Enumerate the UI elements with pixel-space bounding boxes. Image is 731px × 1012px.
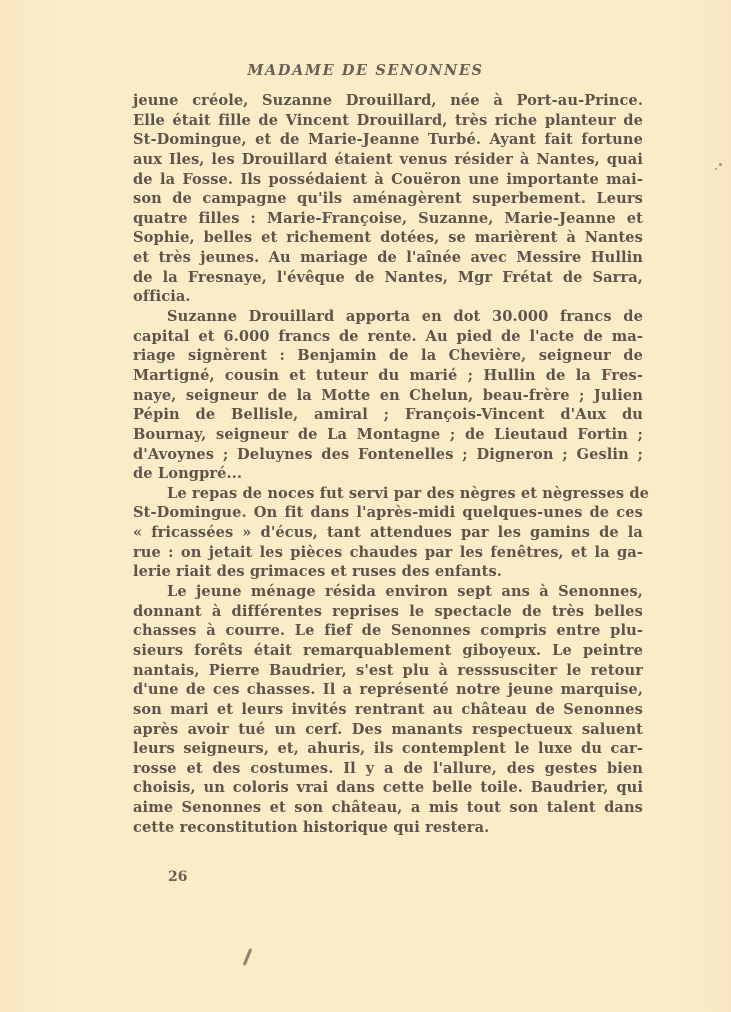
line-text: nantais, Pierre Baudrier, s'est plu à re… — [133, 661, 643, 681]
text-line: Pépin de Bellisle, amiral ; François-Vin… — [133, 405, 643, 425]
text-line: de la Fresnaye, l'évêque de Nantes, Mgr … — [133, 268, 643, 288]
text-line: choisis, un coloris vrai dans cette bell… — [133, 778, 643, 798]
text-line: après avoir tué un cerf. Des manants res… — [133, 720, 643, 740]
pencil-mark — [243, 948, 253, 966]
line-text: chasses à courre. Le fief de Senonnes co… — [133, 621, 643, 641]
line-text: leurs seigneurs, et, ahuris, ils contemp… — [133, 739, 643, 759]
line-text: de la Fresnaye, l'évêque de Nantes, Mgr … — [133, 268, 643, 288]
line-text: quatre filles : Marie-Françoise, Suzanne… — [133, 209, 643, 229]
line-text: St-Domingue. On fit dans l'après-midi qu… — [133, 503, 643, 523]
paragraph-first-line: Le jeune ménage résida environ sept ans … — [133, 582, 643, 602]
text-line: son mari et leurs invités rentrant au ch… — [133, 700, 643, 720]
text-line: capital et 6.000 francs de rente. Au pie… — [133, 327, 643, 347]
text-line: St-Domingue, et de Marie-Jeanne Turbé. A… — [133, 130, 643, 150]
line-text: Bournay, seigneur de La Montagne ; de Li… — [133, 425, 643, 445]
line-text: officia. — [133, 287, 643, 307]
line-text: St-Domingue, et de Marie-Jeanne Turbé. A… — [133, 130, 643, 150]
text-line: lerie riait des grimaces et ruses des en… — [133, 562, 643, 582]
line-text: Le jeune ménage résida environ sept ans … — [167, 582, 643, 602]
running-head: MADAME DE SENONNES — [0, 62, 731, 79]
text-line: d'une de ces chasses. Il a représenté no… — [133, 680, 643, 700]
text-line: rosse et des costumes. Il y a de l'allur… — [133, 759, 643, 779]
text-line: naye, seigneur de la Motte en Chelun, be… — [133, 386, 643, 406]
text-line: officia. — [133, 287, 643, 307]
text-line: « fricassées » d'écus, tant attendues pa… — [133, 523, 643, 543]
line-text: naye, seigneur de la Motte en Chelun, be… — [133, 386, 643, 406]
text-line: cette reconstitution historique qui rest… — [133, 818, 643, 838]
line-text: après avoir tué un cerf. Des manants res… — [133, 720, 643, 740]
page-number: 26 — [168, 869, 187, 885]
text-line: donnant à différentes reprises le specta… — [133, 602, 643, 622]
text-line: nantais, Pierre Baudrier, s'est plu à re… — [133, 661, 643, 681]
line-text: Martigné, cousin et tuteur du marié ; Hu… — [133, 366, 643, 386]
paragraph-first-line: Suzanne Drouillard apporta en dot 30.000… — [133, 307, 643, 327]
line-text: rue : on jetait les pièces chaudes par l… — [133, 543, 643, 563]
text-line: sieurs forêts était remarquablement gibo… — [133, 641, 643, 661]
line-text: cette reconstitution historique qui rest… — [133, 818, 643, 838]
text-line: Martigné, cousin et tuteur du marié ; Hu… — [133, 366, 643, 386]
line-text: choisis, un coloris vrai dans cette bell… — [133, 778, 643, 798]
text-line: leurs seigneurs, et, ahuris, ils contemp… — [133, 739, 643, 759]
paragraph-first-line: Le repas de noces fut servi par des nègr… — [133, 484, 643, 504]
line-text: jeune créole, Suzanne Drouillard, née à … — [133, 91, 643, 111]
line-text: rosse et des costumes. Il y a de l'allur… — [133, 759, 643, 779]
text-line: riage signèrent : Benjamin de la Chevièr… — [133, 346, 643, 366]
line-text: aux Iles, les Drouillard étaient venus r… — [133, 150, 643, 170]
text-line: Sophie, belles et richement dotées, se m… — [133, 228, 643, 248]
line-text: aime Senonnes et son château, a mis tout… — [133, 798, 643, 818]
text-line: d'Avoynes ; Deluynes des Fontenelles ; D… — [133, 445, 643, 465]
line-text: capital et 6.000 francs de rente. Au pie… — [133, 327, 643, 347]
text-line: St-Domingue. On fit dans l'après-midi qu… — [133, 503, 643, 523]
line-text: Le repas de noces fut servi par des nègr… — [167, 484, 643, 504]
line-text: Sophie, belles et richement dotées, se m… — [133, 228, 643, 248]
book-page: MADAME DE SENONNES jeune créole, Suzanne… — [0, 0, 731, 1012]
line-text: d'une de ces chasses. Il a représenté no… — [133, 680, 643, 700]
text-line: son de campagne qu'ils aménagèrent super… — [133, 189, 643, 209]
line-text: Suzanne Drouillard apporta en dot 30.000… — [167, 307, 643, 327]
line-text: son de campagne qu'ils aménagèrent super… — [133, 189, 643, 209]
line-text: donnant à différentes reprises le specta… — [133, 602, 643, 622]
text-line: de la Fosse. Ils possédaient à Couëron u… — [133, 170, 643, 190]
ink-speck — [715, 168, 717, 170]
line-text: « fricassées » d'écus, tant attendues pa… — [133, 523, 643, 543]
text-line: aime Senonnes et son château, a mis tout… — [133, 798, 643, 818]
line-text: Elle était fille de Vincent Drouillard, … — [133, 111, 643, 131]
text-line: Elle était fille de Vincent Drouillard, … — [133, 111, 643, 131]
text-line: de Longpré... — [133, 464, 643, 484]
text-line: quatre filles : Marie-Françoise, Suzanne… — [133, 209, 643, 229]
body-text: jeune créole, Suzanne Drouillard, née à … — [133, 91, 643, 837]
text-line: et très jeunes. Au mariage de l'aînée av… — [133, 248, 643, 268]
line-text: d'Avoynes ; Deluynes des Fontenelles ; D… — [133, 445, 643, 465]
text-line: aux Iles, les Drouillard étaient venus r… — [133, 150, 643, 170]
text-line: Bournay, seigneur de La Montagne ; de Li… — [133, 425, 643, 445]
text-line: rue : on jetait les pièces chaudes par l… — [133, 543, 643, 563]
line-text: Pépin de Bellisle, amiral ; François-Vin… — [133, 405, 643, 425]
line-text: riage signèrent : Benjamin de la Chevièr… — [133, 346, 643, 366]
ink-speck — [719, 163, 722, 166]
text-line: chasses à courre. Le fief de Senonnes co… — [133, 621, 643, 641]
line-text: lerie riait des grimaces et ruses des en… — [133, 562, 643, 582]
line-text: sieurs forêts était remarquablement gibo… — [133, 641, 643, 661]
line-text: de Longpré... — [133, 464, 643, 484]
line-text: son mari et leurs invités rentrant au ch… — [133, 700, 643, 720]
line-text: et très jeunes. Au mariage de l'aînée av… — [133, 248, 643, 268]
line-text: de la Fosse. Ils possédaient à Couëron u… — [133, 170, 643, 190]
text-line: jeune créole, Suzanne Drouillard, née à … — [133, 91, 643, 111]
